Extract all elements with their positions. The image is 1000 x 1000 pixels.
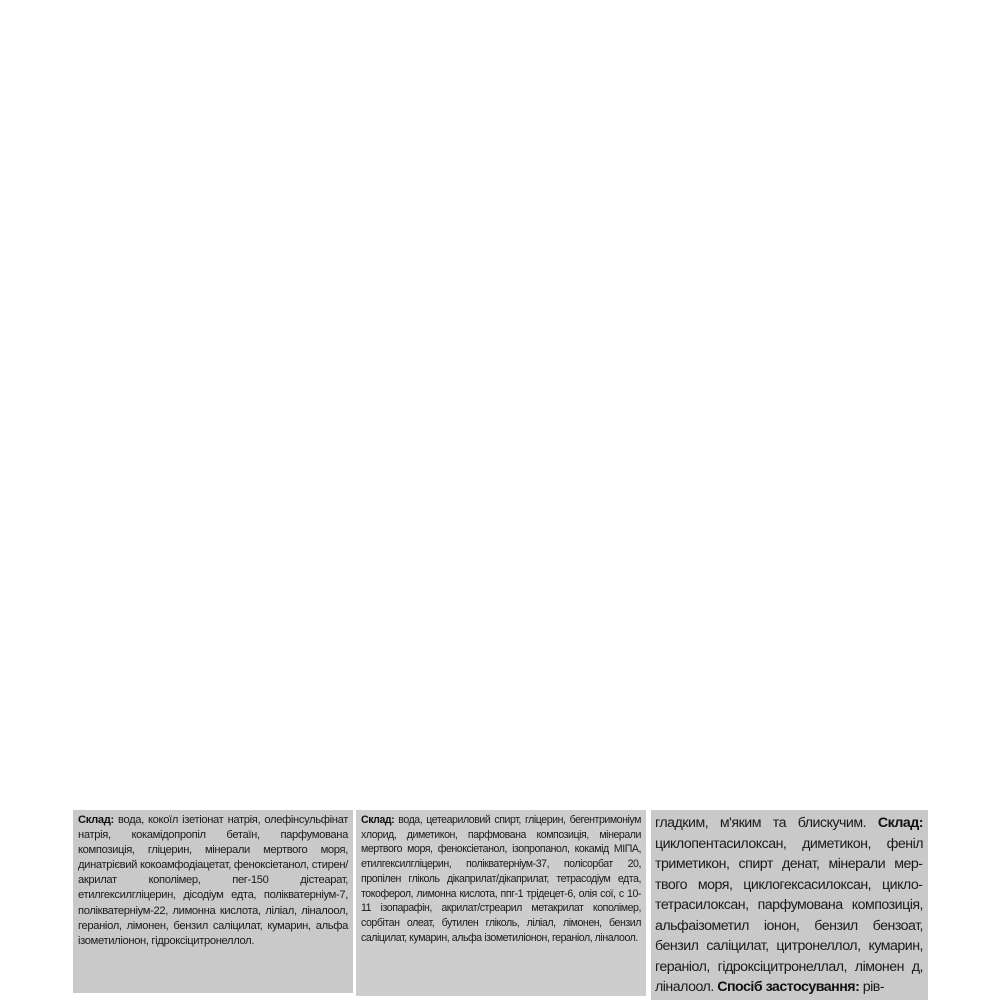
ingredients-paragraph: гладким, м'яким та блискучим. Склад: цик…: [655, 813, 923, 998]
ingredients-paragraph: Склад: вода, кокоїл ізетіонат натрія, ол…: [78, 813, 348, 949]
description-lead-text: гладким, м'яким та блискучим.: [655, 815, 878, 831]
ingredients-panel-conditioner: Склад: вода, цетеариловий спирт, гліцери…: [356, 810, 646, 996]
ingredients-panel-serum: гладким, м'яким та блискучим. Склад: цик…: [651, 810, 928, 1000]
blank-image-area: [0, 0, 1000, 808]
usage-text: рів-: [859, 979, 884, 995]
ingredients-panel-shampoo: Склад: вода, кокоїл ізетіонат натрія, ол…: [73, 810, 353, 993]
ingredients-heading: Склад:: [78, 814, 114, 826]
ingredients-paragraph: Склад: вода, цетеариловий спирт, гліцери…: [361, 813, 641, 945]
ingredients-text: вода, кокоїл ізетіонат натрія, олефін­су…: [78, 814, 348, 947]
ingredients-text: вода, цетеариловий спирт, гліцерин, бе­г…: [361, 814, 641, 944]
ingredients-text: циклопентасилоксан, диметикон, феніл три…: [655, 836, 923, 996]
ingredients-heading: Склад:: [361, 814, 394, 826]
usage-heading: Спосіб застосування:: [717, 979, 859, 995]
ingredients-heading: Склад:: [878, 815, 923, 831]
